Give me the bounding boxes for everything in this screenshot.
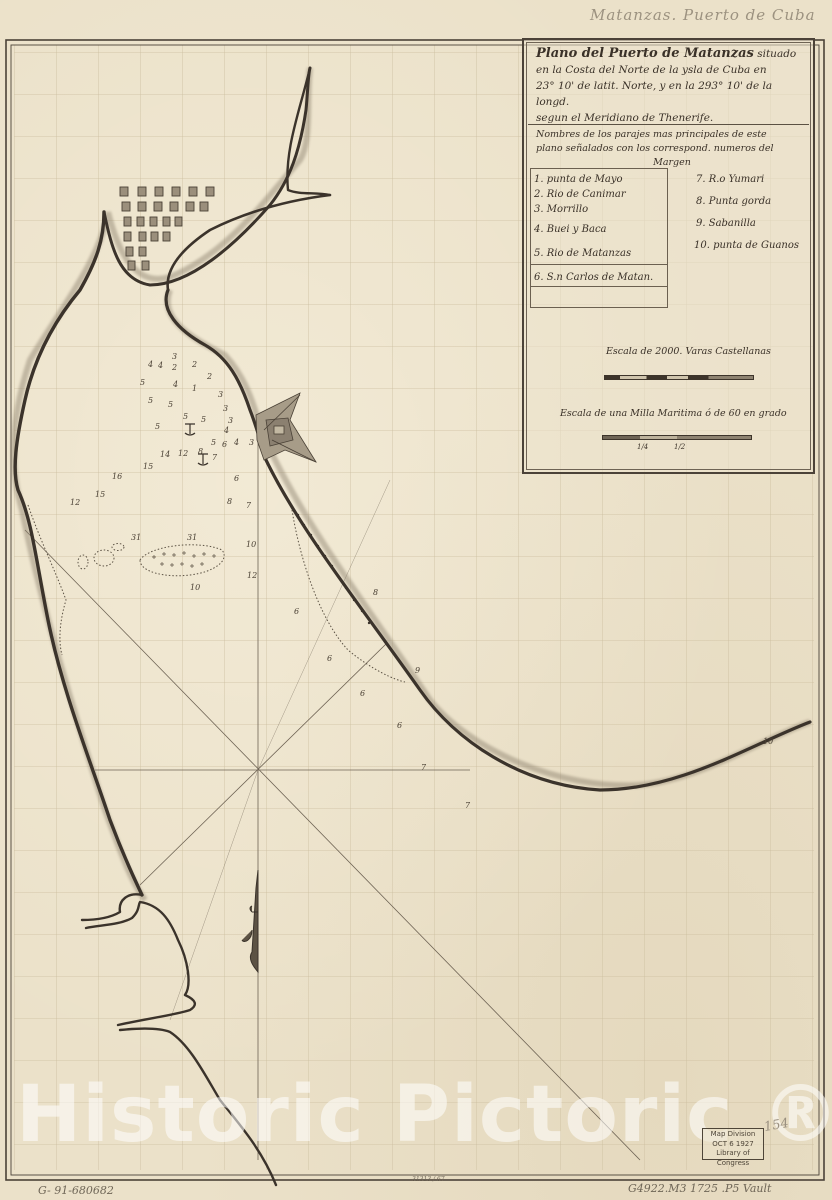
depth-sounding: 8 [373, 588, 378, 597]
call-number-left: G- 91-680682 [38, 1184, 114, 1197]
cartouche-divider [528, 124, 809, 125]
depth-sounding: 7 [421, 763, 426, 772]
depth-sounding: 6 [222, 440, 227, 449]
legend-item: 8. Punta gorda [696, 196, 771, 207]
depth-sounding: 8 [198, 447, 203, 456]
legend-item: 2. Rio de Canimar [534, 189, 626, 200]
call-number-right: G4922.M3 1725 .P5 Vault [628, 1182, 771, 1195]
legend-item: 6. S.n Carlos de Matan. [534, 272, 653, 283]
legend-item: 9. Sabanilla [696, 218, 756, 229]
depth-sounding: 4 [234, 438, 239, 447]
depth-sounding: 8 [227, 497, 232, 506]
depth-sounding: 1 [192, 384, 197, 393]
depth-sounding: 6 [360, 689, 365, 698]
legend-item: 7. R.o Yumari [696, 174, 764, 185]
depth-sounding: 5 [155, 422, 160, 431]
depth-sounding: 3 [218, 390, 223, 399]
depth-sounding: 12 [247, 571, 257, 580]
depth-sounding: 12 [178, 449, 188, 458]
depth-sounding: 6 [294, 607, 299, 616]
depth-sounding: 16 [112, 472, 122, 481]
cartouche-title: Plano del Puerto de Matanzas situado en … [536, 46, 808, 126]
depth-sounding: 6 [234, 474, 239, 483]
subtitle-line-1: Nombres de los parajes mas principales d… [536, 129, 767, 140]
map-sheet: Matanzas. Puerto de Cuba [0, 0, 832, 1200]
scale-varas-label: Escala de 2000. Varas Castellanas [606, 346, 771, 357]
scale-tick-quarter: 1/4 [637, 443, 648, 451]
depth-sounding: 5 [211, 438, 216, 447]
depth-sounding: 6 [327, 654, 332, 663]
legend-item: 5. Rio de Matanzas [534, 248, 631, 259]
scale-mile-label: Escala de una Milla Maritima ó de 60 en … [560, 408, 787, 419]
legend-divider [531, 264, 667, 265]
scale-bar-varas [604, 375, 754, 380]
stamp-line-1: Map Division [703, 1130, 763, 1140]
depth-sounding: 3 [228, 416, 233, 425]
depth-sounding: 3 [223, 404, 228, 413]
scale-tick-half: 1/2 [674, 443, 685, 451]
depth-sounding: 5 [148, 396, 153, 405]
title-line-3: 23° 10' de latit. Norte, y en la 293° 10… [536, 80, 772, 108]
depth-sounding: 2 [192, 360, 197, 369]
legend-divider [531, 286, 667, 287]
depth-sounding: 15 [143, 462, 153, 471]
title-cartouche: Plano del Puerto de Matanzas situado en … [522, 38, 815, 474]
depth-sounding: 10 [763, 737, 773, 746]
depth-sounding: 7 [246, 501, 251, 510]
depth-sounding: 5 [168, 400, 173, 409]
depth-sounding: 2 [207, 372, 212, 381]
depth-sounding: 31 [131, 533, 141, 542]
depth-sounding: 5 [183, 412, 188, 421]
depth-sounding: 4 [148, 360, 153, 369]
depth-sounding: 4 [224, 426, 229, 435]
stamp-line-2: OCT 6 1927 [703, 1140, 763, 1150]
center-note: 31313 / 67 [412, 1176, 445, 1183]
depth-sounding: 14 [160, 450, 170, 459]
depth-sounding: 12 [70, 498, 80, 507]
depth-sounding: 3 [172, 352, 177, 361]
depth-sounding: 7 [212, 453, 217, 462]
cartouche-subtitle: Nombres de los parajes mas principales d… [536, 128, 808, 170]
depth-sounding: 7 [465, 801, 470, 810]
depth-sounding: 5 [140, 378, 145, 387]
depth-sounding: 10 [246, 540, 256, 549]
depth-sounding: 6 [397, 721, 402, 730]
depth-sounding: 4 [158, 361, 163, 370]
legend-item: 3. Morrillo [534, 204, 588, 215]
depth-sounding: 15 [95, 490, 105, 499]
title-line-4: segun el Meridiano de Thenerife. [536, 112, 713, 124]
title-rest: situado [757, 48, 796, 60]
depth-sounding: 2 [172, 363, 177, 372]
legend-item: 1. punta de Mayo [534, 174, 623, 185]
scale-bar-mile [602, 435, 752, 440]
title-line-2: en la Costa del Norte de la ysla de Cuba… [536, 64, 767, 76]
title-main: Plano del Puerto de Matanzas [536, 46, 754, 61]
depth-sounding: 9 [415, 666, 420, 675]
depth-sounding: 4 [173, 380, 178, 389]
depth-sounding: 10 [190, 583, 200, 592]
depth-sounding: 5 [201, 415, 206, 424]
legend-item: 4. Buei y Baca [534, 224, 607, 235]
depth-sounding: 31 [187, 533, 197, 542]
subtitle-line-2: plano señalados con los correspond. nume… [536, 143, 774, 154]
depth-sounding: 3 [249, 438, 254, 447]
library-stamp: Map Division OCT 6 1927 Library of Congr… [702, 1128, 764, 1160]
legend-item: 10. punta de Guanos [694, 240, 799, 251]
stamp-line-3: Library of Congress [703, 1149, 763, 1168]
